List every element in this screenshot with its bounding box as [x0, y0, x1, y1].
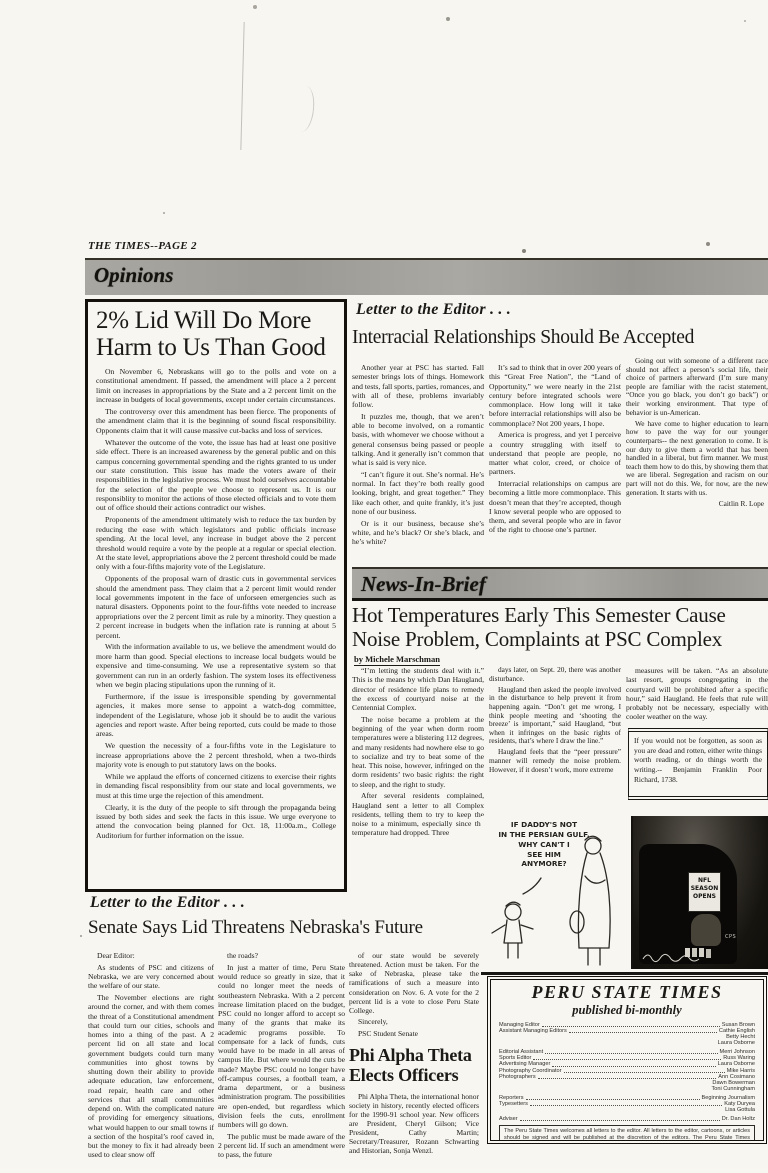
senate-closing-signature: PSC Student Senate	[349, 1029, 479, 1038]
staff-row: Toni Cunningham	[499, 1086, 755, 1092]
noise-article-headline: Hot Temperatures Early This Semester Cau…	[352, 603, 768, 652]
paragraph: Another year at PSC has started. Fall se…	[352, 363, 484, 409]
letter-signature: Caitlin R. Lope	[626, 500, 768, 509]
paragraph: As students of PSC and citizens of Nebra…	[88, 963, 214, 991]
interracial-column-3: Going out with someone of a different ra…	[626, 357, 768, 565]
paragraph: It puzzles me, though, that we aren’t ab…	[352, 412, 484, 468]
cartoon-credit: CPS	[725, 934, 736, 940]
letter-to-editor-label-2: Letter to the Editor . . .	[90, 894, 245, 912]
interracial-headline: Interracial Relationships Should Be Acce…	[352, 327, 768, 349]
senate-closing-sincerely: Sincerely,	[349, 1017, 479, 1026]
lid-article-title: 2% Lid Will Do More Harm to Us Than Good	[96, 307, 336, 361]
franklin-quote-box: If you would not be forgotten, as soon a…	[628, 728, 768, 800]
opinions-banner-label: Opinions	[85, 260, 768, 288]
paragraph: While we applaud the efforts of concerne…	[96, 772, 336, 800]
news-in-brief-label: News-In-Brief	[352, 569, 768, 597]
lid-article-body: On November 6, Nebraskans will go to the…	[96, 367, 336, 875]
paragraph: measures will be taken. “As an absolute …	[626, 666, 768, 722]
scan-curve-mark	[295, 85, 317, 133]
newspaper-page: THE TIMES--PAGE 2 Opinions 2% Lid Will D…	[0, 0, 768, 1173]
opinions-section-banner: Opinions	[85, 258, 768, 295]
cartoon-figures-drawing	[481, 816, 631, 969]
paragraph: “I’m letting the students deal with it.”…	[352, 666, 484, 712]
noise-article-column-2: days later, on Sept. 20, there was anoth…	[489, 666, 621, 814]
senate-letter-headline: Senate Says Lid Threatens Nebraska's Fut…	[88, 917, 480, 939]
paragraph: America is progress, and yet I perceive …	[489, 430, 621, 476]
paragraph: Whatever the outcome of the vote, the is…	[96, 438, 336, 513]
nfl-sign: NFL SEASON OPENS	[688, 872, 721, 912]
noise-article-byline: by Michele Marschman	[354, 654, 440, 666]
masthead-staff-list: Managing EditorSusan BrownAssistant Mana…	[499, 1022, 755, 1122]
senate-letter-column-3: of our state would be severely threatene…	[349, 951, 479, 1173]
paragraph: It’s sad to think that in over 200 years…	[489, 363, 621, 428]
interracial-column-1: Another year at PSC has started. Fall se…	[352, 363, 484, 565]
noise-article-column-3: measures will be taken. “As an absolute …	[626, 666, 768, 724]
masthead-box: PERU STATE TIMES published bi-monthly Ma…	[487, 976, 767, 1144]
paragraph: Phi Alpha Theta, the international honor…	[349, 1092, 479, 1156]
paragraph: Dear Editor:	[88, 951, 214, 960]
paragraph: In just a matter of time, Peru State wou…	[218, 963, 345, 1130]
letter-to-editor-label-1: Letter to the Editor . . .	[356, 301, 511, 319]
artist-signature-squiggle	[641, 951, 701, 963]
paragraph: The November elections are right around …	[88, 993, 214, 1160]
tv-watcher-figure	[691, 914, 721, 946]
paragraph: On November 6, Nebraskans will go to the…	[96, 367, 336, 405]
staff-row: Laura Osborne	[499, 1040, 755, 1046]
paragraph: The public must be made aware of the 2 p…	[218, 1132, 345, 1160]
staff-row: Lisa Gottula	[499, 1107, 755, 1113]
paragraph: Going out with someone of a different ra…	[626, 357, 768, 417]
senate-letter-column-1: Dear Editor:As students of PSC and citiz…	[88, 951, 214, 1173]
senate-letter-column-2: the roads?In just a matter of time, Peru…	[218, 951, 345, 1173]
paragraph: of our state would be severely threatene…	[349, 951, 479, 1015]
paragraph: Opponents of the proposal warn of drasti…	[96, 574, 336, 640]
news-in-brief-banner: News-In-Brief	[352, 567, 768, 601]
paragraph: With the information available to us, we…	[96, 642, 336, 689]
phi-alpha-headline: Phi Alpha Theta Elects Officers	[349, 1045, 479, 1085]
scan-fold-line	[240, 22, 244, 150]
phi-alpha-body: Phi Alpha Theta, the international honor…	[349, 1092, 479, 1156]
paragraph: The noise became a problem at the beginn…	[352, 715, 484, 789]
paragraph: “I can’t figure it out. She’s normal. He…	[352, 470, 484, 516]
paragraph: Haugland feels that the “peer pressure” …	[489, 748, 621, 774]
paragraph: Clearly, it is the duty of the people to…	[96, 803, 336, 841]
lid-editorial-article: 2% Lid Will Do More Harm to Us Than Good…	[85, 299, 347, 892]
paragraph: Or is it our business, because she’s whi…	[352, 519, 484, 547]
interracial-column-2: It’s sad to think that in over 200 years…	[489, 363, 621, 565]
senate-letter-column-3-text: of our state would be severely threatene…	[349, 951, 479, 1015]
paragraph: days later, on Sept. 20, there was anoth…	[489, 666, 621, 683]
staff-row: AdviserDr. Dan Holtz	[499, 1116, 755, 1122]
paragraph: After several residents complained, Haug…	[352, 791, 484, 837]
page-header: THE TIMES--PAGE 2	[88, 240, 197, 252]
cartoon-right-panel: NFL SEASON OPENS CPS	[633, 816, 768, 969]
paragraph: Proponents of the amendment ultimately w…	[96, 515, 336, 571]
masthead-subtitle: published bi-monthly	[499, 1003, 755, 1018]
paragraph: We question the necessity of a four-fift…	[96, 741, 336, 769]
paragraph: Furthermore, if the issue is irresponsib…	[96, 692, 336, 739]
noise-article-column-1: “I’m letting the students deal with it.”…	[352, 666, 484, 870]
paragraph: The controversy over this amendment has …	[96, 407, 336, 435]
scan-specks	[0, 0, 2, 2]
paragraph: Haugland then asked the people involved …	[489, 686, 621, 746]
editorial-cartoon: IF DADDY'S NOT IN THE PERSIAN GULF, WHY …	[481, 816, 768, 975]
masthead-title: PERU STATE TIMES	[499, 983, 755, 1002]
paragraph: Interracial relationships on campus are …	[489, 479, 621, 535]
paragraph: the roads?	[218, 951, 345, 960]
interracial-column-3-text: Going out with someone of a different ra…	[626, 357, 768, 497]
paragraph: We have come to higher education to lear…	[626, 420, 768, 497]
masthead-policy-text: The Peru State Times welcomes all letter…	[499, 1125, 755, 1144]
cartoon-left-panel: IF DADDY'S NOT IN THE PERSIAN GULF, WHY …	[481, 816, 631, 969]
